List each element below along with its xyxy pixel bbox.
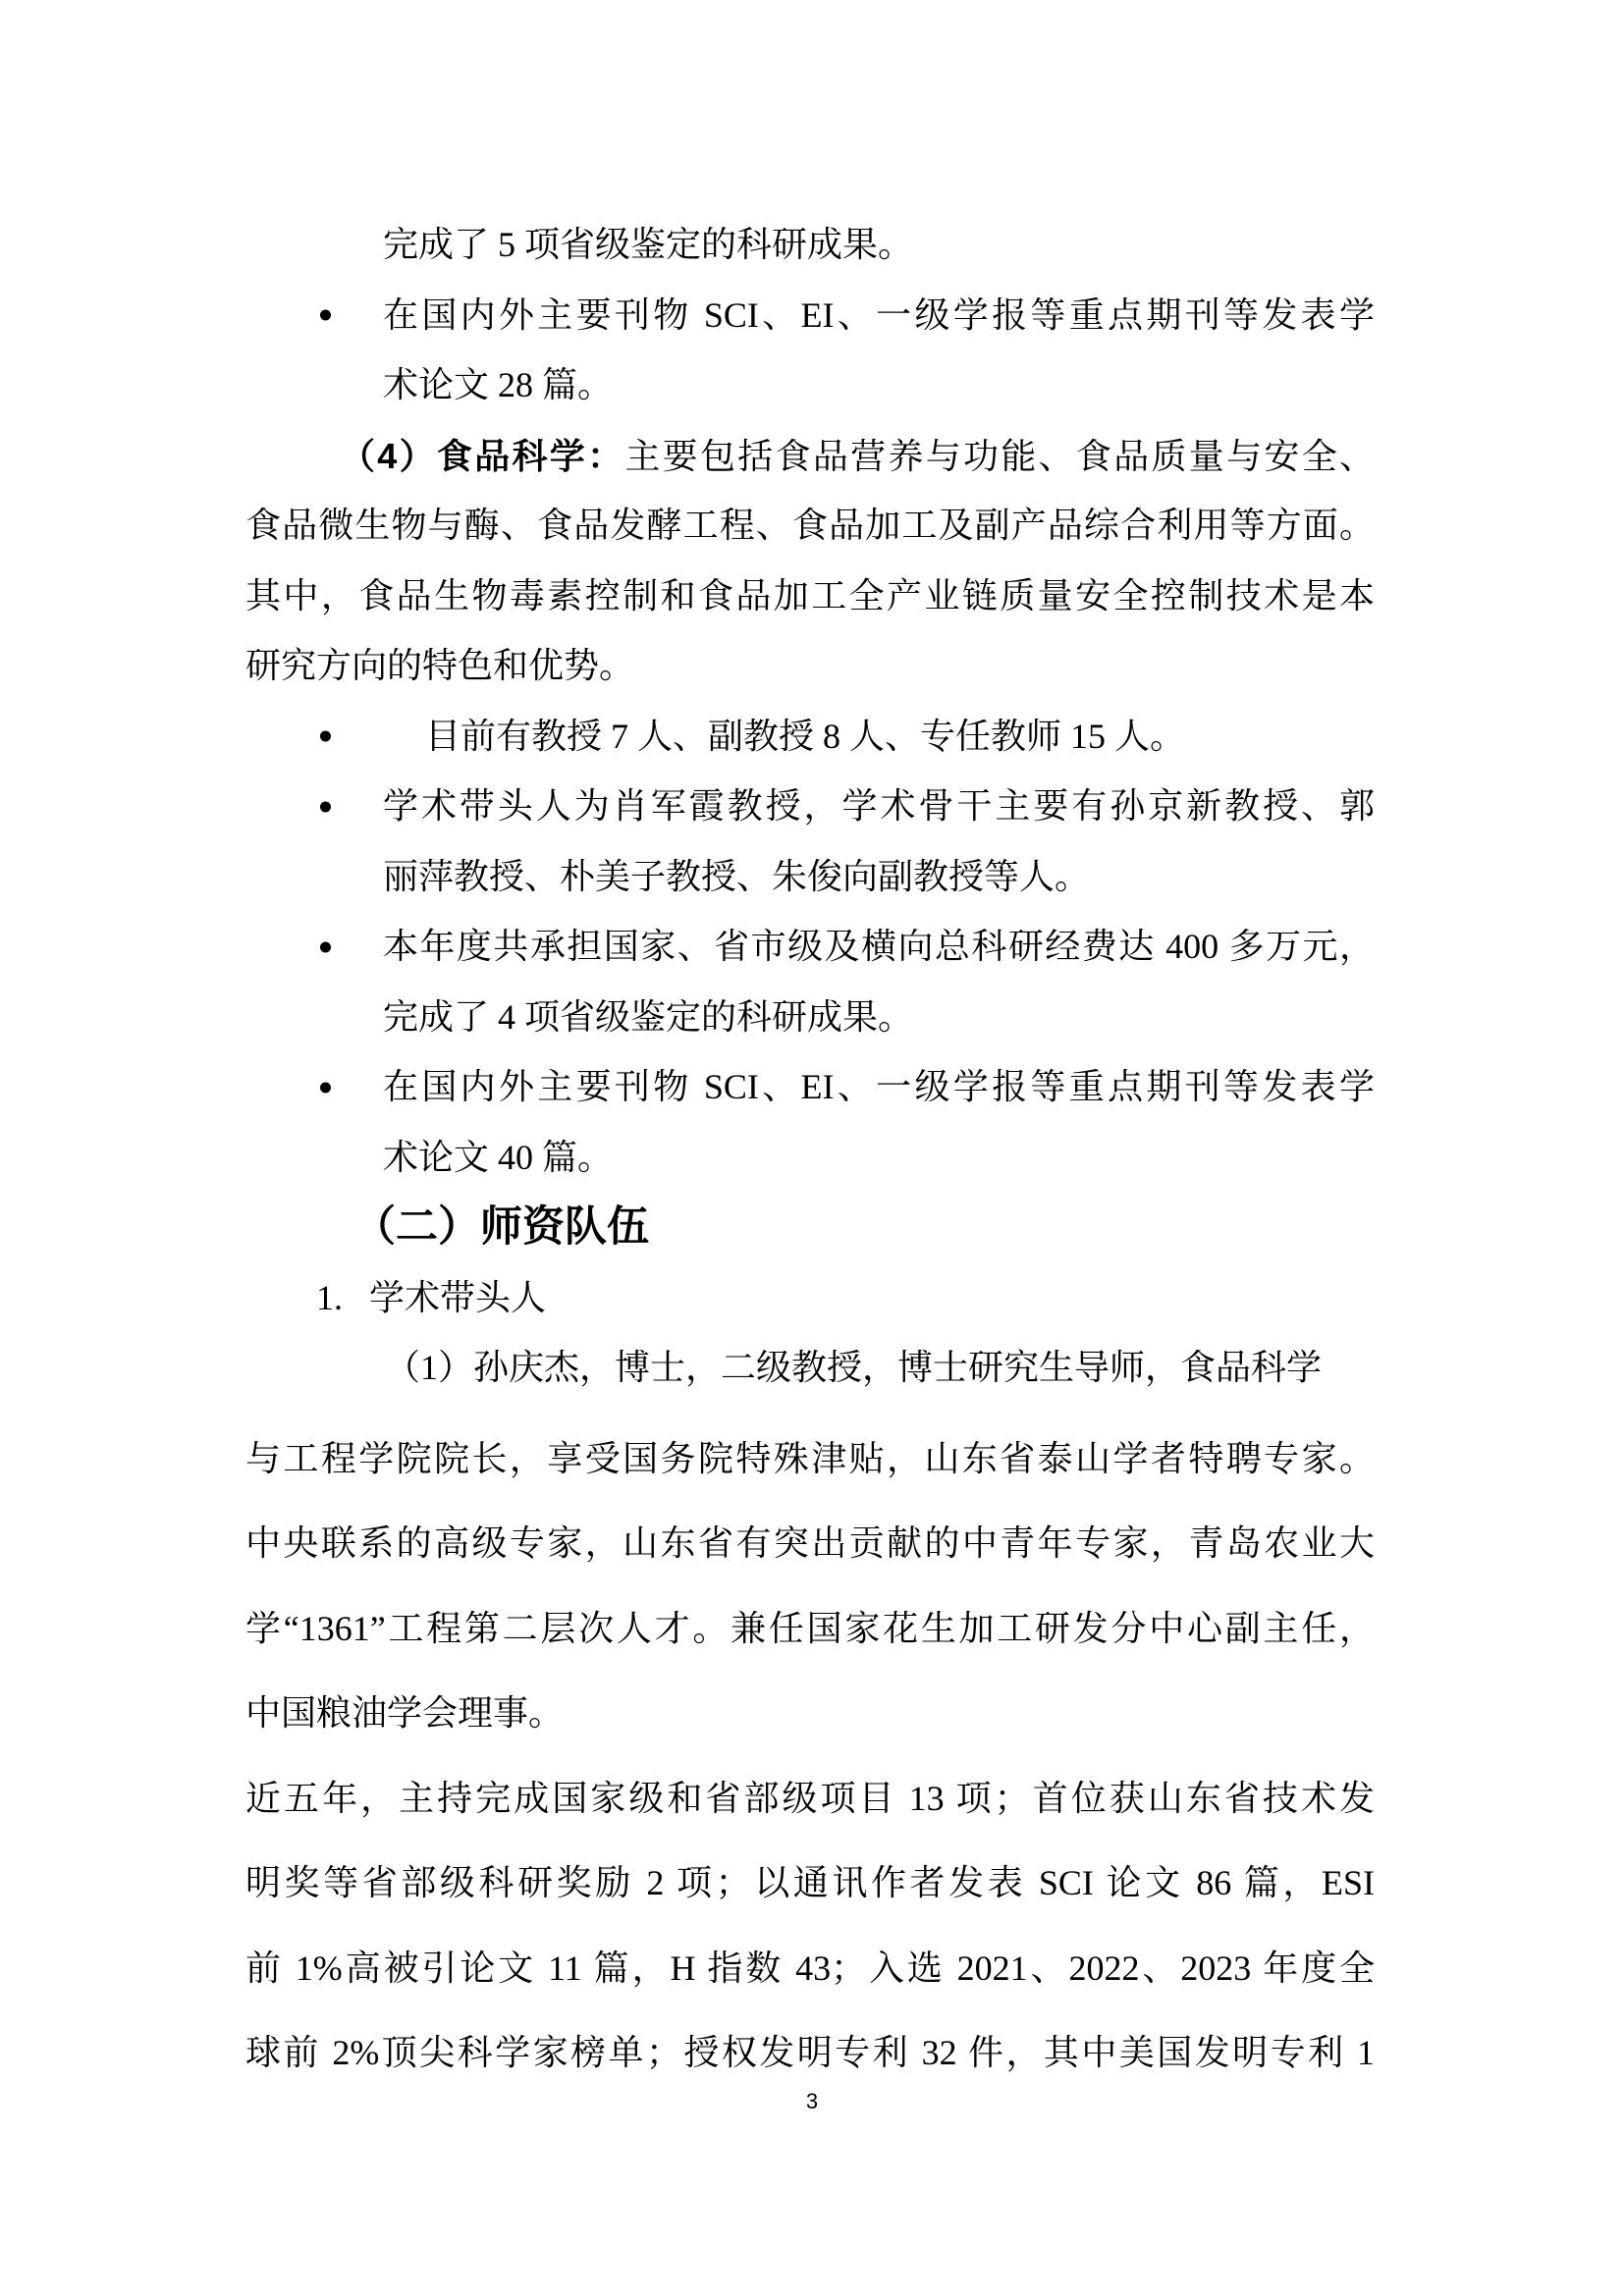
text-line: 近五年，主持完成国家级和省部级项目 13 项；首位获山东省技术发 [0, 1756, 1624, 1842]
document-page: 完成了 5 项省级鉴定的科研成果。在国内外主要刊物 SCI、EI、一级学报等重点… [0, 0, 1624, 2296]
text-segment: （4）食品科学： [340, 436, 624, 476]
text-segment: 本年度共承担国家、省市级及横向总科研经费达 400 多万元， [383, 927, 1375, 966]
text-segment: 其中，食品生物毒素控制和食品加工全产业链质量安全控制技术是本 [245, 576, 1375, 615]
text-line: 丽萍教授、朴美子教授、朱俊向副教授等人。 [0, 842, 1624, 913]
bullet-icon [320, 310, 331, 321]
bullet-icon [320, 801, 331, 812]
text-segment: 学术带头人为肖军霞教授，学术骨干主要有孙京新教授、郭 [383, 786, 1375, 826]
text-segment: 近五年，主持完成国家级和省部级项目 13 项；首位获山东省技术发 [245, 1779, 1375, 1818]
text-segment: 在国内外主要刊物 SCI、EI、一级学报等重点期刊等发表学 [383, 295, 1375, 335]
text-segment: 主要包括食品营养与功能、食品质量与安全、 [624, 437, 1375, 476]
text-line: 中央联系的高级专家，山东省有突出贡献的中青年专家，青岛农业大 [0, 1501, 1624, 1586]
text-line: 完成了 4 项省级鉴定的科研成果。 [0, 983, 1624, 1053]
text-line: 完成了 5 项省级鉴定的科研成果。 [0, 210, 1624, 281]
text-segment: 中国粮油学会理事。 [245, 1693, 564, 1733]
text-line: （4）食品科学：主要包括食品营养与功能、食品质量与安全、 [0, 421, 1624, 492]
text-segment: （1）孙庆杰，博士，二级教授，博士研究生导师，食品科学 [385, 1348, 1322, 1387]
bullet-icon [320, 941, 331, 952]
text-segment: 术论文 28 篇。 [383, 365, 613, 404]
text-segment: 食品微生物与酶、食品发酵工程、食品加工及副产品综合利用等方面。 [245, 506, 1375, 545]
text-line: 1. 学术带头人 [0, 1263, 1624, 1334]
text-line: 在国内外主要刊物 SCI、EI、一级学报等重点期刊等发表学 [0, 281, 1624, 351]
bullet-icon [320, 731, 331, 742]
text-segment: 学“1361”工程第二层次人才。兼任国家花生加工研发分中心副主任， [245, 1609, 1375, 1648]
section-heading: （二）师资队伍 [0, 1193, 1624, 1263]
text-segment: 中央联系的高级专家，山东省有突出贡献的中青年专家，青岛农业大 [245, 1523, 1375, 1563]
text-line: 在国内外主要刊物 SCI、EI、一级学报等重点期刊等发表学 [0, 1052, 1624, 1123]
text-line: （1）孙庆杰，博士，二级教授，博士研究生导师，食品科学 [0, 1333, 1624, 1404]
text-line: 术论文 28 篇。 [0, 350, 1624, 421]
text-segment: 在国内外主要刊物 SCI、EI、一级学报等重点期刊等发表学 [383, 1067, 1375, 1106]
text-line: 目前有教授 7 人、副教授 8 人、专任教师 15 人。 [0, 702, 1624, 773]
text-segment: 1. 学术带头人 [316, 1278, 546, 1317]
text-line: 学术带头人为肖军霞教授，学术骨干主要有孙京新教授、郭 [0, 772, 1624, 842]
text-line: 球前 2%顶尖科学家榜单；授权发明专利 32 件，其中美国发明专利 1 [0, 2010, 1624, 2096]
text-line: 中国粮油学会理事。 [0, 1671, 1624, 1756]
text-line: 本年度共承担国家、省市级及横向总科研经费达 400 多万元， [0, 912, 1624, 983]
text-segment: 完成了 4 项省级鉴定的科研成果。 [383, 997, 913, 1037]
text-line: 其中，食品生物毒素控制和食品加工全产业链质量安全控制技术是本 [0, 561, 1624, 632]
text-line: 研究方向的特色和优势。 [0, 631, 1624, 702]
text-line: 与工程学院院长，享受国务院特殊津贴，山东省泰山学者特聘专家。 [0, 1416, 1624, 1502]
text-segment: 完成了 5 项省级鉴定的科研成果。 [383, 225, 913, 264]
text-segment: 术论文 40 篇。 [383, 1138, 613, 1177]
text-segment: 前 1%高被引论文 11 篇，H 指数 43；入选 2021、2022、2023… [245, 1949, 1375, 1988]
text-line: 明奖等省部级科研奖励 2 项；以通讯作者发表 SCI 论文 86 篇，ESI [0, 1841, 1624, 1926]
text-segment: 球前 2%顶尖科学家榜单；授权发明专利 32 件，其中美国发明专利 1 [245, 2033, 1375, 2072]
text-line: 食品微生物与酶、食品发酵工程、食品加工及副产品综合利用等方面。 [0, 491, 1624, 561]
text-segment: 与工程学院院长，享受国务院特殊津贴，山东省泰山学者特聘专家。 [245, 1439, 1375, 1478]
text-segment: 丽萍教授、朴美子教授、朱俊向副教授等人。 [383, 857, 1090, 896]
document-content: 完成了 5 项省级鉴定的科研成果。在国内外主要刊物 SCI、EI、一级学报等重点… [0, 0, 1624, 2096]
bullet-icon [320, 1082, 331, 1093]
text-segment: 研究方向的特色和优势。 [245, 646, 634, 685]
text-segment: （二）师资队伍 [353, 1203, 649, 1251]
text-line: 术论文 40 篇。 [0, 1123, 1624, 1194]
text-line: 学“1361”工程第二层次人才。兼任国家花生加工研发分中心副主任， [0, 1586, 1624, 1672]
text-segment: 目前有教授 7 人、副教授 8 人、专任教师 15 人。 [425, 717, 1185, 756]
text-line: 前 1%高被引论文 11 篇，H 指数 43；入选 2021、2022、2023… [0, 1926, 1624, 2011]
text-segment: 明奖等省部级科研奖励 2 项；以通讯作者发表 SCI 论文 86 篇，ESI [245, 1863, 1375, 1902]
